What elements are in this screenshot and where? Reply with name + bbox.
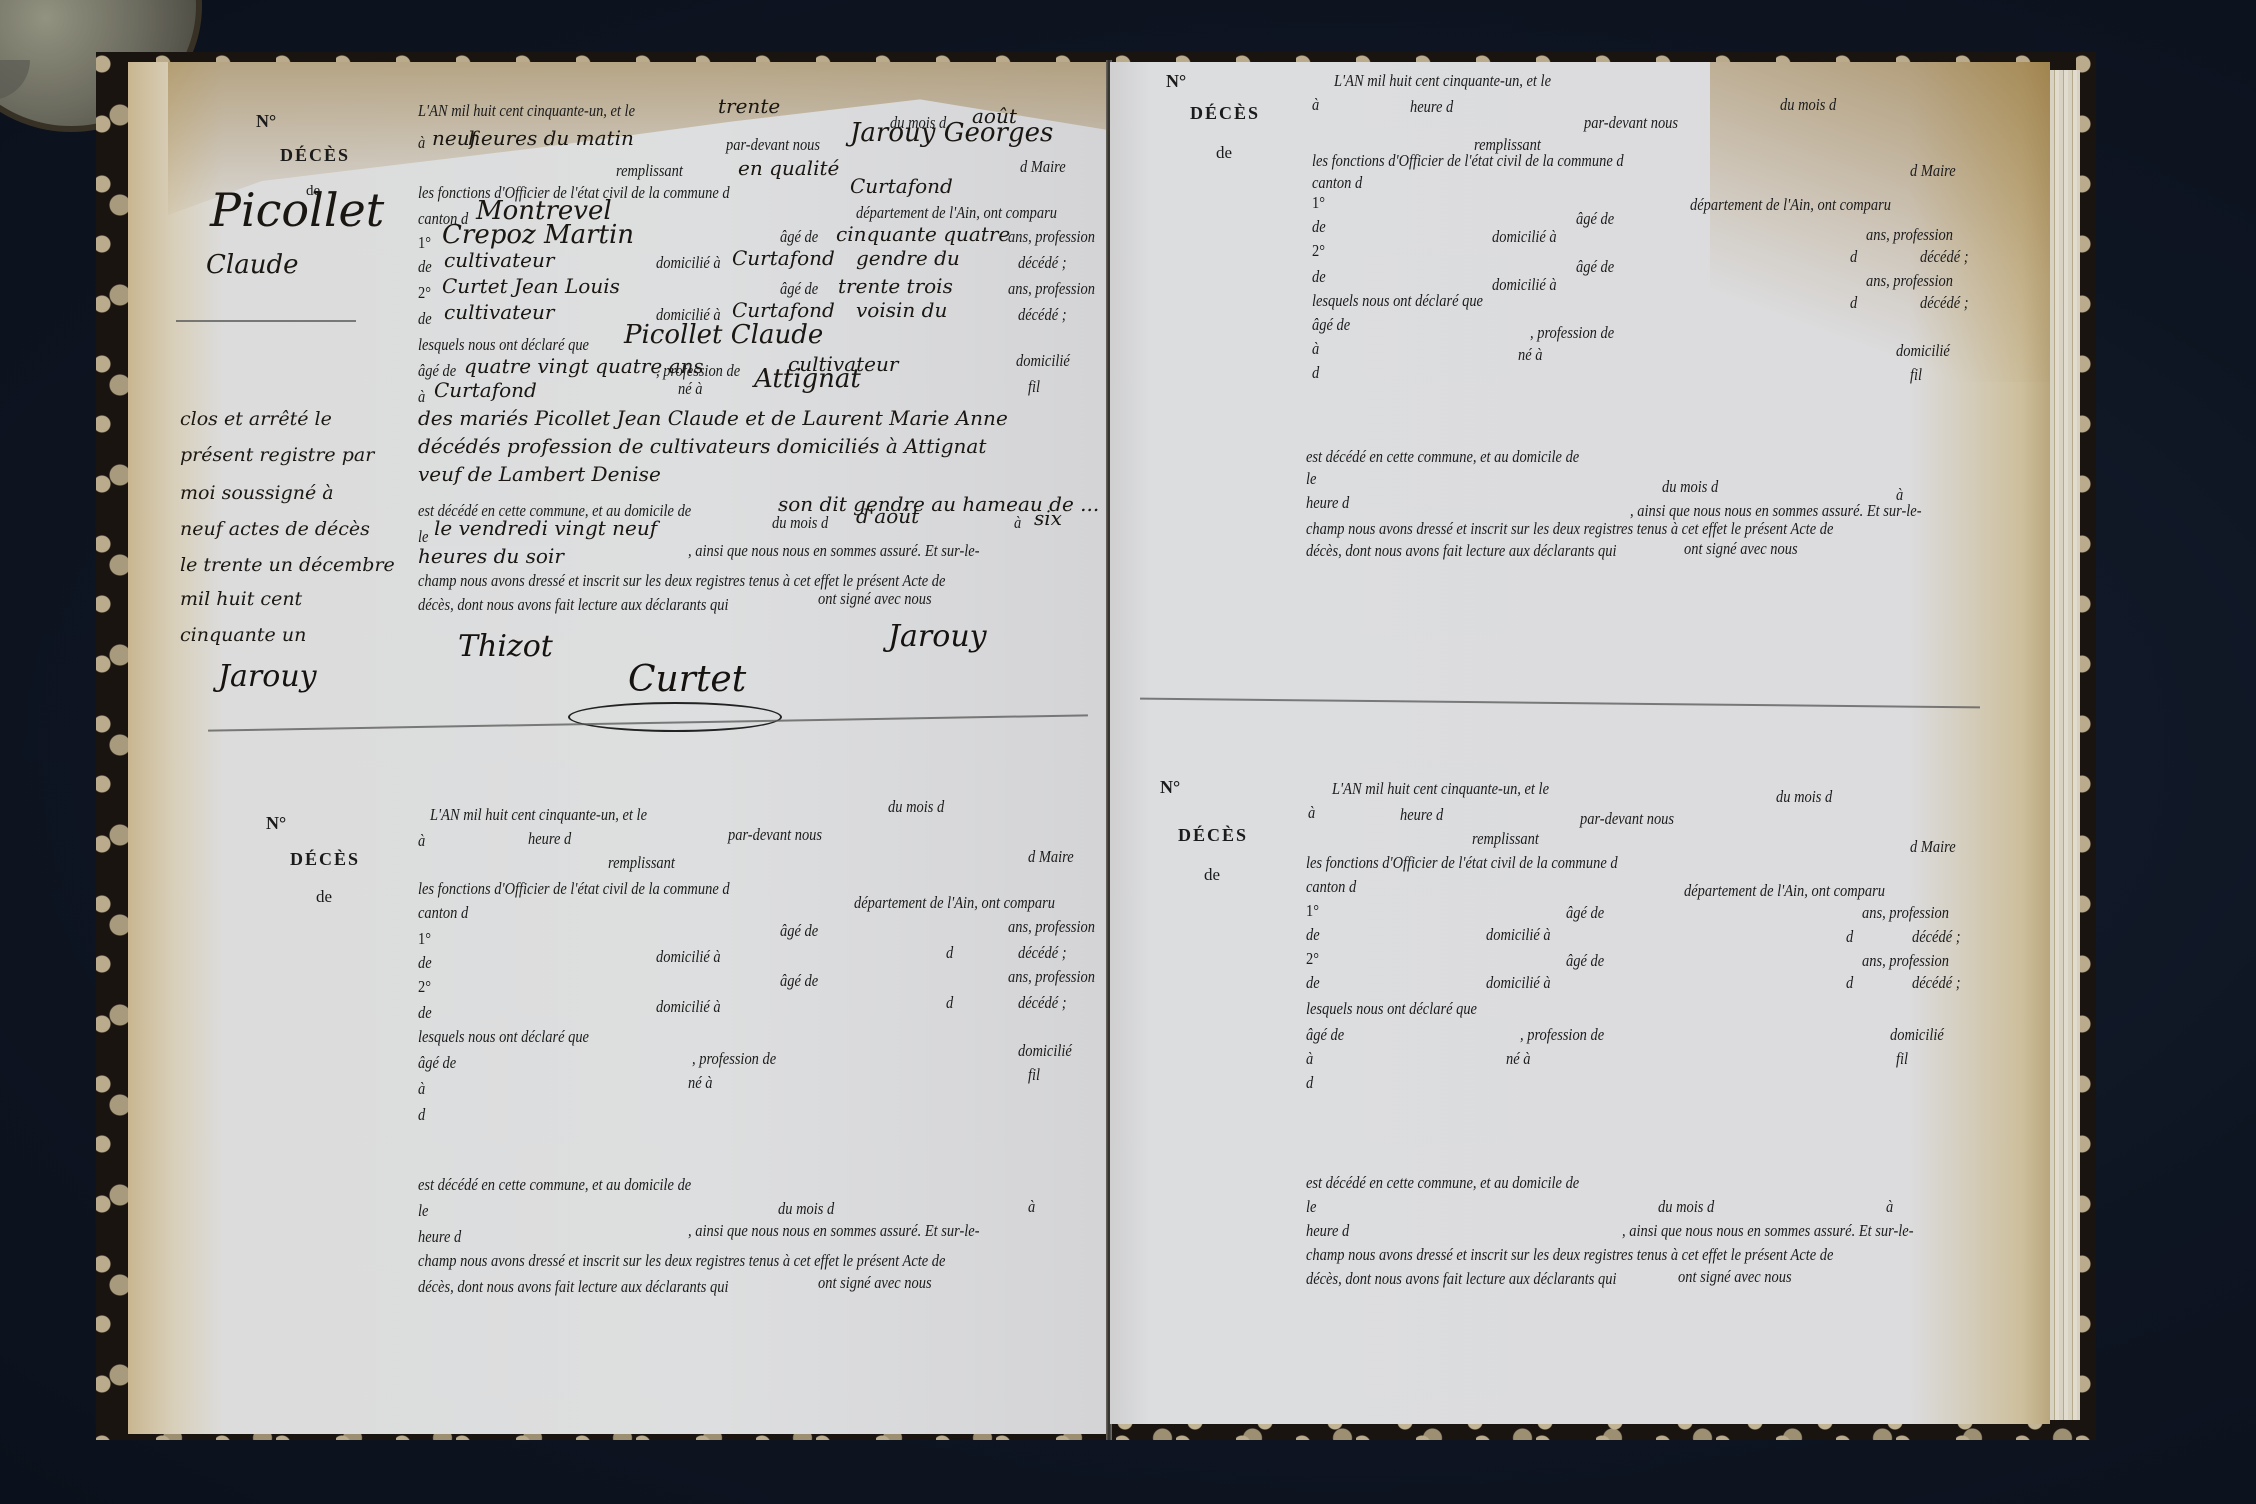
- line-month: du mois d: [1776, 788, 1832, 805]
- line-witness2-num: 2°: [1306, 950, 1319, 967]
- line-deceased-age-label: âgé de: [1306, 1026, 1344, 1043]
- line-heure: heure d: [528, 830, 571, 847]
- line-lecture: décès, dont nous avons fait lecture aux …: [418, 1278, 728, 1295]
- line-champ: champ nous avons dressé et inscrit sur l…: [1306, 520, 1833, 537]
- line-died-in-commune: est décédé en cette commune, et au domic…: [1306, 1174, 1579, 1191]
- line-death-a: à: [1886, 1198, 1893, 1215]
- line-le: le: [1306, 470, 1316, 487]
- line-witness1-de: de: [1306, 926, 1320, 943]
- line-witness1-profession: ans, profession: [1008, 228, 1095, 245]
- line-month: du mois d: [1780, 96, 1836, 113]
- line-le: le: [418, 528, 428, 545]
- filled-witness2-name: Curtet Jean Louis: [442, 276, 620, 296]
- line-death-month-label: du mois d: [1662, 478, 1718, 495]
- entry-heading: DÉCÈS: [1178, 826, 1248, 844]
- closing-note-line: présent registre par: [180, 444, 374, 466]
- line-year: L'AN mil huit cent cinquante-un, et le: [418, 102, 635, 119]
- line-lecture: décès, dont nous avons fait lecture aux …: [1306, 542, 1616, 559]
- line-witness1-age-label: âgé de: [1566, 904, 1604, 921]
- entry-blank: N° DÉCÈS de L'AN mil huit cent cinquante…: [1110, 62, 2050, 702]
- line-witness1-num: 1°: [1312, 194, 1325, 211]
- line-signe: ont signé avec nous: [818, 1274, 932, 1291]
- line-witness2-d: d: [946, 994, 953, 1011]
- line-witness2-age-label: âgé de: [780, 972, 818, 989]
- line-witness2-profession: ans, profession: [1862, 952, 1949, 969]
- signature-curtet: Curtet: [628, 662, 746, 698]
- line-deceased-fil: fil: [1910, 366, 1922, 383]
- line-witness1-decede: décédé ;: [1912, 928, 1961, 945]
- line-assure: , ainsi que nous nous en sommes assuré. …: [1622, 1222, 1914, 1239]
- filled-parents: des mariés Picollet Jean Claude et de La…: [418, 408, 1008, 428]
- line-champ: champ nous avons dressé et inscrit sur l…: [418, 572, 945, 589]
- deceased-given-name-margin: Claude: [206, 252, 299, 278]
- line-deceased-d: d: [1306, 1074, 1313, 1091]
- closing-note-line: moi soussigné à: [180, 482, 334, 504]
- filled-witness1-profession: cultivateur: [444, 250, 554, 270]
- entry-filled: N° DÉCÈS de Picollet Claude L'AN mil hui…: [128, 62, 1108, 722]
- line-year: L'AN mil huit cent cinquante-un, et le: [430, 806, 647, 823]
- line-champ: champ nous avons dressé et inscrit sur l…: [418, 1252, 945, 1269]
- line-death-heure: heure d: [1306, 1222, 1349, 1239]
- line-witness1-age-label: âgé de: [780, 922, 818, 939]
- line-deceased-domicile-label: domicilié: [1018, 1042, 1072, 1059]
- line-lecture: décès, dont nous avons fait lecture aux …: [1306, 1270, 1616, 1287]
- line-witness2-domicile: domicilié à: [1486, 974, 1551, 991]
- line-par-devant: par-devant nous: [1584, 114, 1678, 131]
- line-maire: d Maire: [1910, 838, 1956, 855]
- line-death-heure: heure d: [418, 1228, 461, 1245]
- line-deceased-profession-label: , profession de: [656, 362, 740, 379]
- line-witness2-age-label: âgé de: [1576, 258, 1614, 275]
- line-deceased-domicile-label: domicilié: [1890, 1026, 1944, 1043]
- line-deceased-age-label: âgé de: [418, 362, 456, 379]
- line-witness2-profession: ans, profession: [1866, 272, 1953, 289]
- line-assure: , ainsi que nous nous en sommes assuré. …: [1630, 502, 1922, 519]
- filled-deceased-name: Picollet Claude: [624, 322, 823, 348]
- line-remplissant: remplissant: [616, 162, 683, 179]
- line-witness2-de: de: [1306, 974, 1320, 991]
- line-champ: champ nous avons dressé et inscrit sur l…: [1306, 1246, 1833, 1263]
- filled-day: trente: [718, 96, 780, 116]
- line-witness2-de: de: [418, 1004, 432, 1021]
- line-witness2-domicile: domicilié à: [1492, 276, 1557, 293]
- filled-time-of-day: heures du matin: [468, 128, 634, 148]
- line-departement: département de l'Ain, ont comparu: [854, 894, 1055, 911]
- line-signe: ont signé avec nous: [818, 590, 932, 607]
- filled-witness1-name: Crepoz Martin: [442, 222, 634, 248]
- line-witness1-profession: ans, profession: [1866, 226, 1953, 243]
- line-assure: , ainsi que nous nous en sommes assuré. …: [688, 542, 980, 559]
- filled-witness2-domicile: Curtafond: [732, 300, 835, 320]
- signature-officer-right: Jarouy: [888, 622, 987, 652]
- line-maire: d Maire: [1910, 162, 1956, 179]
- line-par-devant: par-devant nous: [1580, 810, 1674, 827]
- line-witness1-num: 1°: [418, 234, 431, 251]
- line-lecture: décès, dont nous avons fait lecture aux …: [418, 596, 728, 613]
- line-witness1-domicile: domicilié à: [656, 948, 721, 965]
- line-witness1-num: 1°: [1306, 902, 1319, 919]
- line-deceased-profession-label: , profession de: [692, 1050, 776, 1067]
- line-death-month-label: du mois d: [772, 514, 828, 531]
- line-witness2-decede: décédé ;: [1018, 306, 1067, 323]
- line-witness2-num: 2°: [418, 284, 431, 301]
- entry-number-label: N°: [1160, 778, 1180, 796]
- line-witness1-profession: ans, profession: [1008, 918, 1095, 935]
- closing-note-line: cinquante un: [180, 624, 306, 646]
- line-deceased-age-label: âgé de: [418, 1054, 456, 1071]
- entry-heading: DÉCÈS: [290, 850, 360, 868]
- line-deceased-fil: fil: [1028, 378, 1040, 395]
- line-declared: lesquels nous ont déclaré que: [418, 1028, 589, 1045]
- line-fonctions: les fonctions d'Officier de l'état civil…: [418, 880, 730, 897]
- entry-blank: N° DÉCÈS de L'AN mil huit cent cinquante…: [1110, 712, 2050, 1332]
- line-deceased-born: né à: [1506, 1050, 1530, 1067]
- line-canton: canton d: [1312, 174, 1362, 191]
- signature-officer-left: Jarouy: [218, 662, 317, 692]
- line-departement: département de l'Ain, ont comparu: [856, 204, 1057, 221]
- entry-of-label: de: [1216, 144, 1232, 161]
- line-deceased-a: à: [418, 388, 425, 405]
- line-assure: , ainsi que nous nous en sommes assuré. …: [688, 1222, 980, 1239]
- filled-parents-status: décédés profession de cultivateurs domic…: [418, 436, 986, 456]
- line-witness1-age-label: âgé de: [780, 228, 818, 245]
- line-witness2-profession: ans, profession: [1008, 280, 1095, 297]
- line-deceased-born: né à: [678, 380, 702, 397]
- filled-deceased-birthplace: Attignat: [754, 366, 861, 392]
- entry-heading: DÉCÈS: [1190, 104, 1260, 122]
- line-maire: d Maire: [1020, 158, 1066, 175]
- line-witness2-de: de: [1312, 268, 1326, 285]
- line-witness1-de: de: [1312, 218, 1326, 235]
- line-deceased-born: né à: [688, 1074, 712, 1091]
- line-witness1-d: d: [946, 944, 953, 961]
- filled-spouse: veuf de Lambert Denise: [418, 464, 661, 484]
- filled-witness2-relation: voisin du: [856, 300, 947, 320]
- line-witness2-age-label: âgé de: [1566, 952, 1604, 969]
- filled-death-date: le vendredi vingt neuf: [434, 518, 657, 538]
- line-death-month-label: du mois d: [778, 1200, 834, 1217]
- deceased-surname-margin: Picollet: [210, 187, 384, 233]
- line-remplissant: remplissant: [1472, 830, 1539, 847]
- line-witness2-decede: décédé ;: [1018, 994, 1067, 1011]
- filled-witness1-relation: gendre du: [856, 248, 960, 268]
- line-witness1-domicile: domicilié à: [1486, 926, 1551, 943]
- closing-note-line: neuf actes de décès: [180, 518, 370, 540]
- filled-death-time-of-day: heures du soir: [418, 546, 564, 566]
- line-a: à: [1312, 96, 1319, 113]
- line-death-a: à: [1014, 514, 1021, 531]
- line-fonctions: les fonctions d'Officier de l'état civil…: [1312, 152, 1624, 169]
- line-witness1-domicile: domicilié à: [656, 254, 721, 271]
- line-declared: lesquels nous ont déclaré que: [418, 336, 589, 353]
- line-witness1-num: 1°: [418, 930, 431, 947]
- line-witness1-de: de: [418, 954, 432, 971]
- line-death-month-label: du mois d: [1658, 1198, 1714, 1215]
- margin-rule: [176, 320, 356, 322]
- closing-note-line: clos et arrêté le: [180, 408, 332, 430]
- line-deceased-profession-label: , profession de: [1520, 1026, 1604, 1043]
- line-witness2-num: 2°: [1312, 242, 1325, 259]
- line-deceased-fil: fil: [1028, 1066, 1040, 1083]
- filled-death-hour: six: [1034, 508, 1062, 528]
- entry-number-label: N°: [1166, 72, 1186, 90]
- line-deceased-a: à: [1312, 340, 1319, 357]
- filled-witness2-profession: cultivateur: [444, 302, 554, 322]
- line-deceased-domicile-label: domicilié: [1016, 352, 1070, 369]
- line-deceased-profession-label: , profession de: [1530, 324, 1614, 341]
- left-page: N° DÉCÈS de Picollet Claude L'AN mil hui…: [128, 62, 1108, 1434]
- filled-commune: Curtafond: [850, 176, 953, 196]
- entry-of-label: de: [316, 888, 332, 905]
- filled-officer: Jarouy Georges: [850, 120, 1053, 146]
- filled-witness2-age: trente trois: [838, 276, 953, 296]
- line-deceased-age-label: âgé de: [1312, 316, 1350, 333]
- entry-blank: N° DÉCÈS de L'AN mil huit cent cinquante…: [128, 722, 1108, 1342]
- signature-thizot: Thizot: [458, 632, 553, 662]
- entry-of-label: de: [1204, 866, 1220, 883]
- line-signe: ont signé avec nous: [1684, 540, 1798, 557]
- line-witness1-d: d: [1846, 928, 1853, 945]
- line-witness1-decede: décédé ;: [1920, 248, 1969, 265]
- line-witness2-num: 2°: [418, 978, 431, 995]
- line-witness1-profession: ans, profession: [1862, 904, 1949, 921]
- line-witness2-d: d: [1846, 974, 1853, 991]
- line-deceased-a: à: [1306, 1050, 1313, 1067]
- closing-note-line: mil huit cent: [180, 588, 302, 610]
- line-canton: canton d: [418, 904, 468, 921]
- entry-number-label: N°: [256, 112, 276, 130]
- line-heure: heure d: [1400, 806, 1443, 823]
- line-a: à: [418, 134, 425, 151]
- line-deceased-d: d: [1312, 364, 1319, 381]
- line-le: le: [418, 1202, 428, 1219]
- line-died-in-commune: est décédé en cette commune, et au domic…: [418, 1176, 691, 1193]
- line-declared: lesquels nous ont déclaré que: [1306, 1000, 1477, 1017]
- line-witness1-decede: décédé ;: [1018, 944, 1067, 961]
- line-deceased-born: né à: [1518, 346, 1542, 363]
- filled-deceased-domicile: Curtafond: [434, 380, 537, 400]
- line-deceased-d: d: [418, 1106, 425, 1123]
- line-died-in-commune: est décédé en cette commune, et au domic…: [1306, 448, 1579, 465]
- line-departement: département de l'Ain, ont comparu: [1684, 882, 1885, 899]
- filled-witness1-age: cinquante quatre: [836, 224, 1010, 244]
- line-declared: lesquels nous ont déclaré que: [1312, 292, 1483, 309]
- line-signe: ont signé avec nous: [1678, 1268, 1792, 1285]
- line-witness1-decede: décédé ;: [1018, 254, 1067, 271]
- line-witness2-age-label: âgé de: [780, 280, 818, 297]
- line-a: à: [1308, 804, 1315, 821]
- line-year: L'AN mil huit cent cinquante-un, et le: [1332, 780, 1549, 797]
- line-remplissant: remplissant: [608, 854, 675, 871]
- line-fonctions: les fonctions d'Officier de l'état civil…: [1306, 854, 1618, 871]
- line-witness2-profession: ans, profession: [1008, 968, 1095, 985]
- line-witness1-domicile: domicilié à: [1492, 228, 1557, 245]
- line-year: L'AN mil huit cent cinquante-un, et le: [1334, 72, 1551, 89]
- line-canton: canton d: [1306, 878, 1356, 895]
- line-witness1-d: d: [1850, 248, 1857, 265]
- line-a: à: [418, 832, 425, 849]
- line-witness1-age-label: âgé de: [1576, 210, 1614, 227]
- line-witness2-d: d: [1850, 294, 1857, 311]
- line-witness1-de: de: [418, 258, 432, 275]
- line-death-a: à: [1028, 1198, 1035, 1215]
- page-edges: [2050, 70, 2080, 1420]
- line-witness2-domicile: domicilié à: [656, 998, 721, 1015]
- entry-number-label: N°: [266, 814, 286, 832]
- filled-witness1-domicile: Curtafond: [732, 248, 835, 268]
- closing-note-line: le trente un décembre: [180, 554, 395, 576]
- line-month: du mois d: [888, 798, 944, 815]
- line-death-heure: heure d: [1306, 494, 1349, 511]
- line-departement: département de l'Ain, ont comparu: [1690, 196, 1891, 213]
- line-le: le: [1306, 1198, 1316, 1215]
- line-deceased-domicile-label: domicilié: [1896, 342, 1950, 359]
- line-deceased-a: à: [418, 1080, 425, 1097]
- line-deceased-fil: fil: [1896, 1050, 1908, 1067]
- line-heure: heure d: [1410, 98, 1453, 115]
- line-witness2-decede: décédé ;: [1912, 974, 1961, 991]
- line-witness2-decede: décédé ;: [1920, 294, 1969, 311]
- filled-capacity: en qualité: [738, 158, 839, 178]
- line-witness2-de: de: [418, 310, 432, 327]
- entry-heading: DÉCÈS: [280, 146, 350, 164]
- line-maire: d Maire: [1028, 848, 1074, 865]
- line-par-devant: par-devant nous: [726, 136, 820, 153]
- right-page: N° DÉCÈS de L'AN mil huit cent cinquante…: [1110, 62, 2050, 1424]
- line-par-devant: par-devant nous: [728, 826, 822, 843]
- filled-death-month: d'août: [856, 506, 919, 526]
